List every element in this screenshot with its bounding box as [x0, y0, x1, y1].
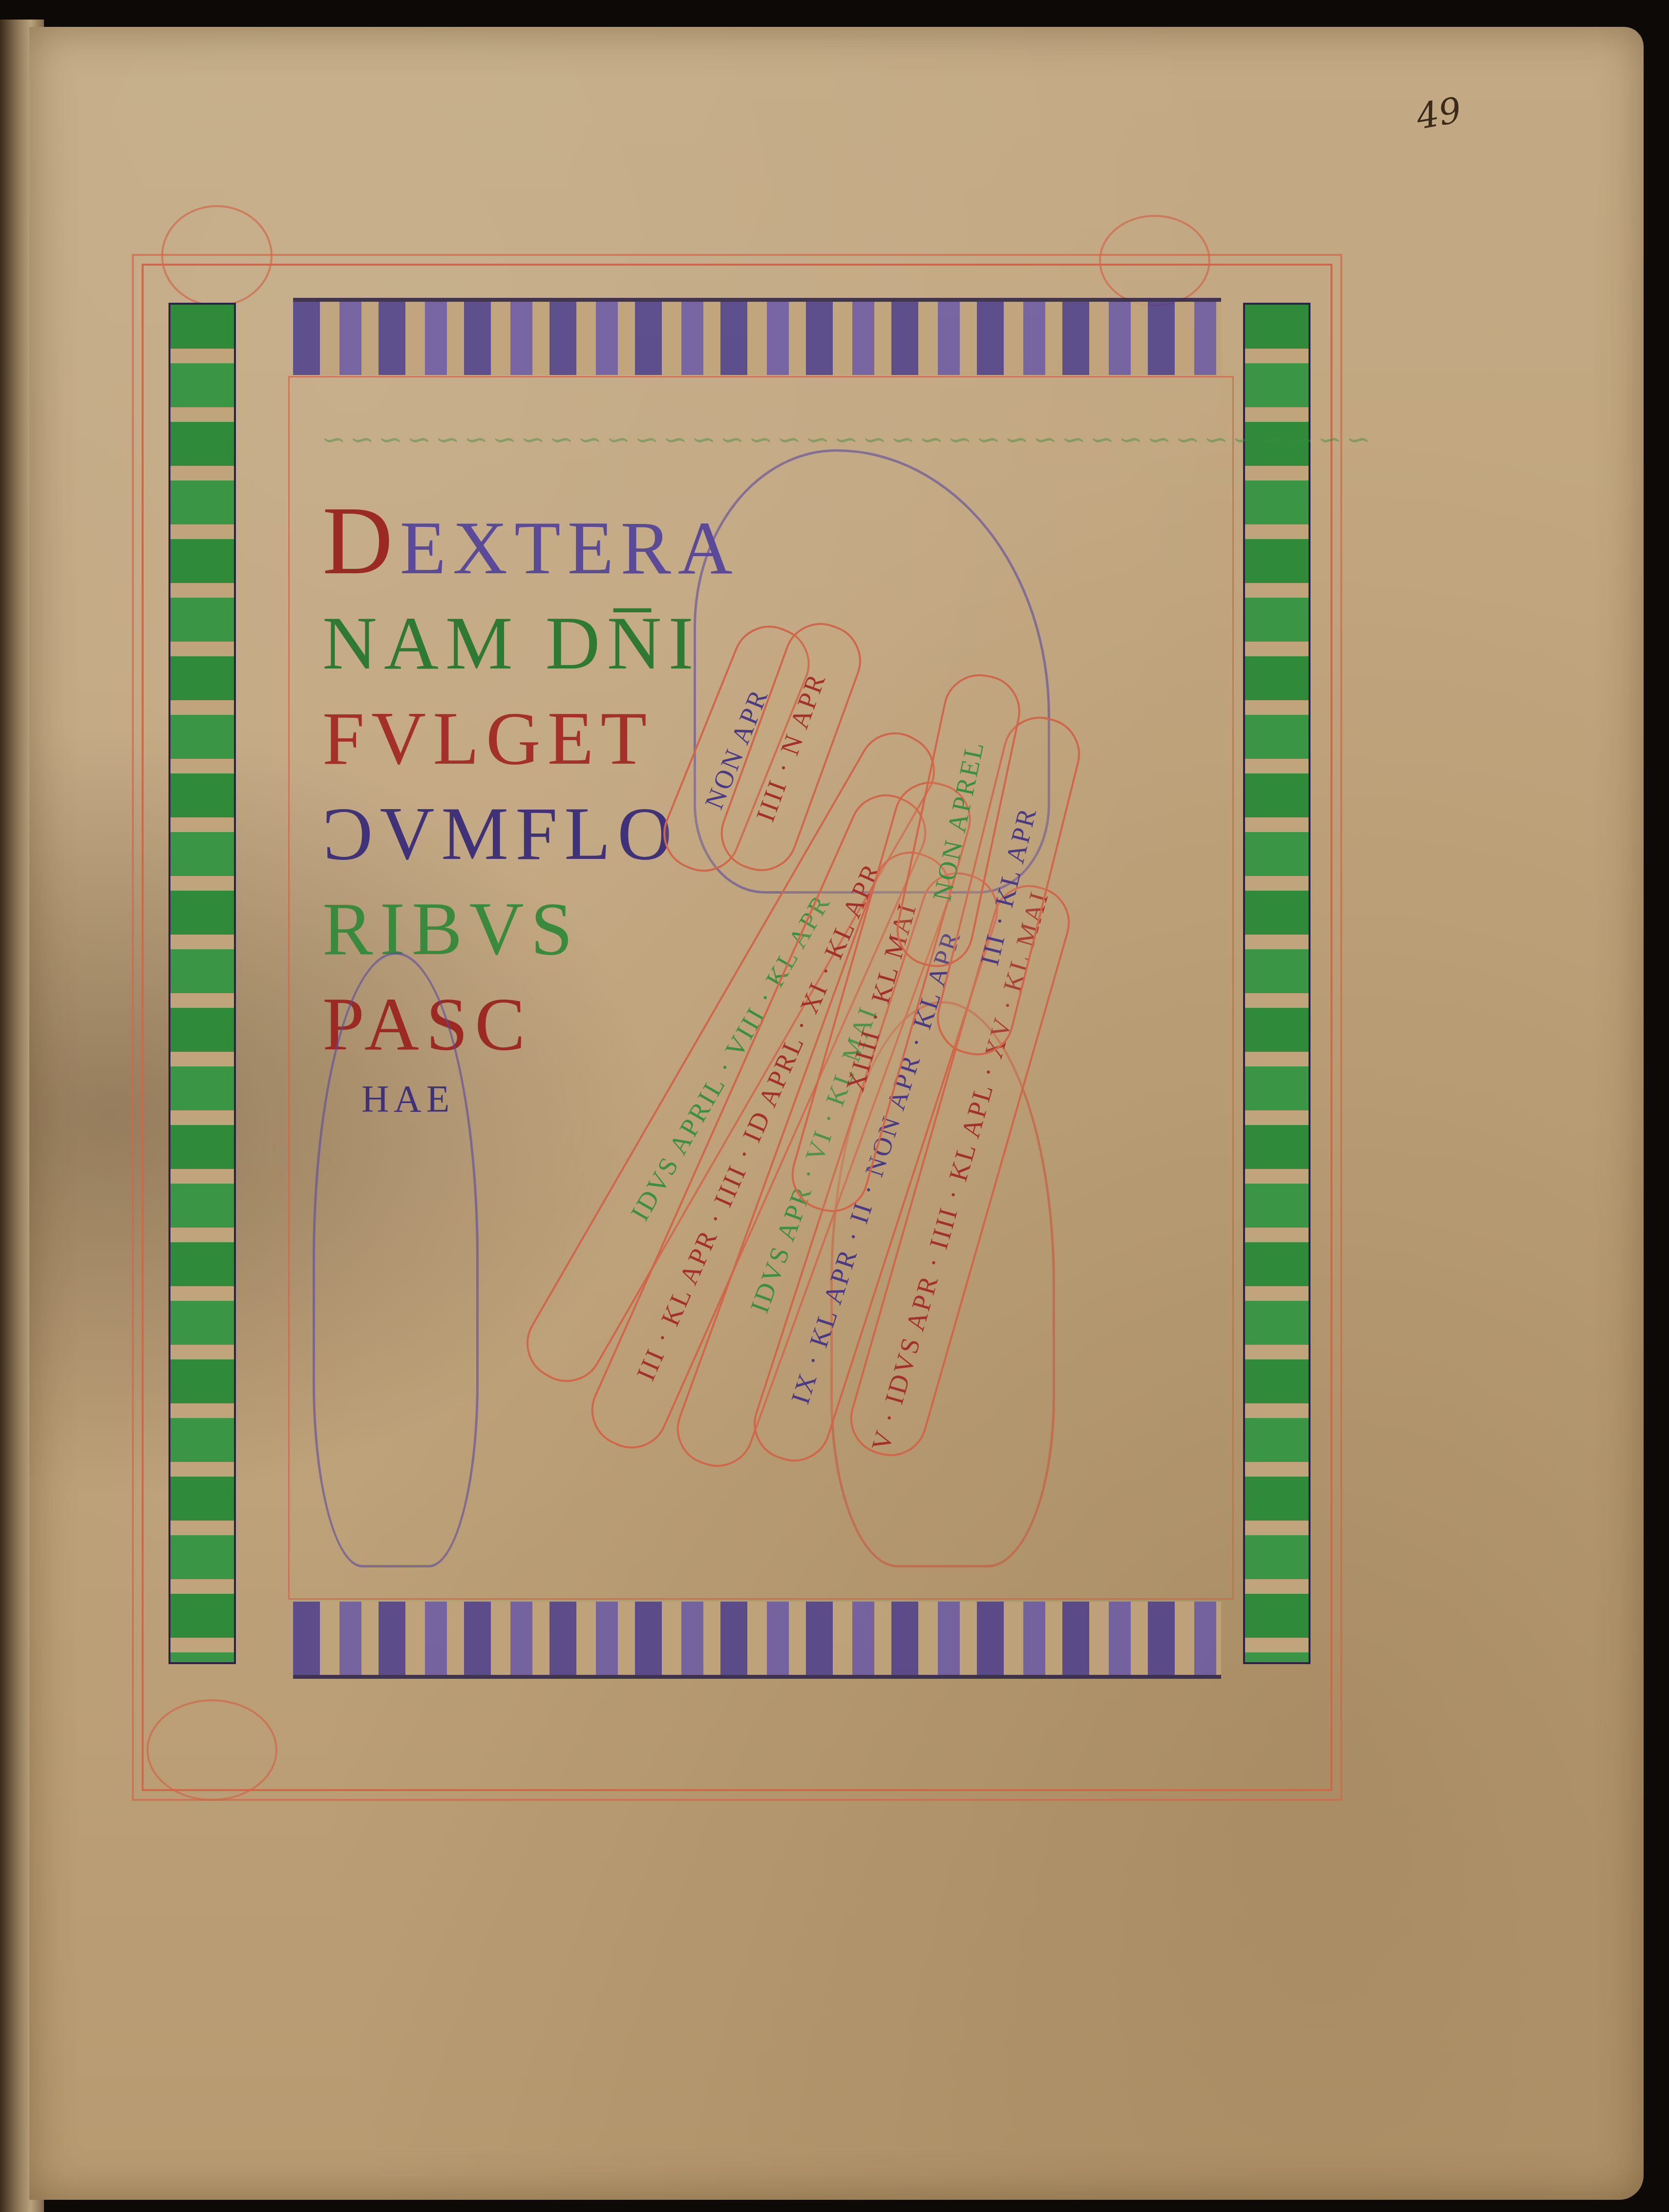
title-line-1: DEXTERA [322, 493, 739, 596]
decorated-initial: D [322, 487, 400, 595]
figure-left-drapery [313, 952, 479, 1567]
acanthus-band-bottom [293, 1602, 1221, 1679]
computus-hand-diagram: IDVS APRIL · VIII · KL APRIII · KL APR ·… [488, 610, 1075, 1440]
corner-flourish-icon [161, 205, 273, 307]
corner-flourish-icon [1099, 215, 1210, 307]
acanthus-frame-right [1243, 303, 1310, 1664]
finger-inscription: NON APREL [927, 738, 990, 904]
acanthus-frame-left [169, 303, 236, 1664]
acanthus-band-top [293, 298, 1221, 375]
folio-number: 49 [1413, 89, 1464, 138]
corner-flourish-icon [147, 1699, 277, 1801]
